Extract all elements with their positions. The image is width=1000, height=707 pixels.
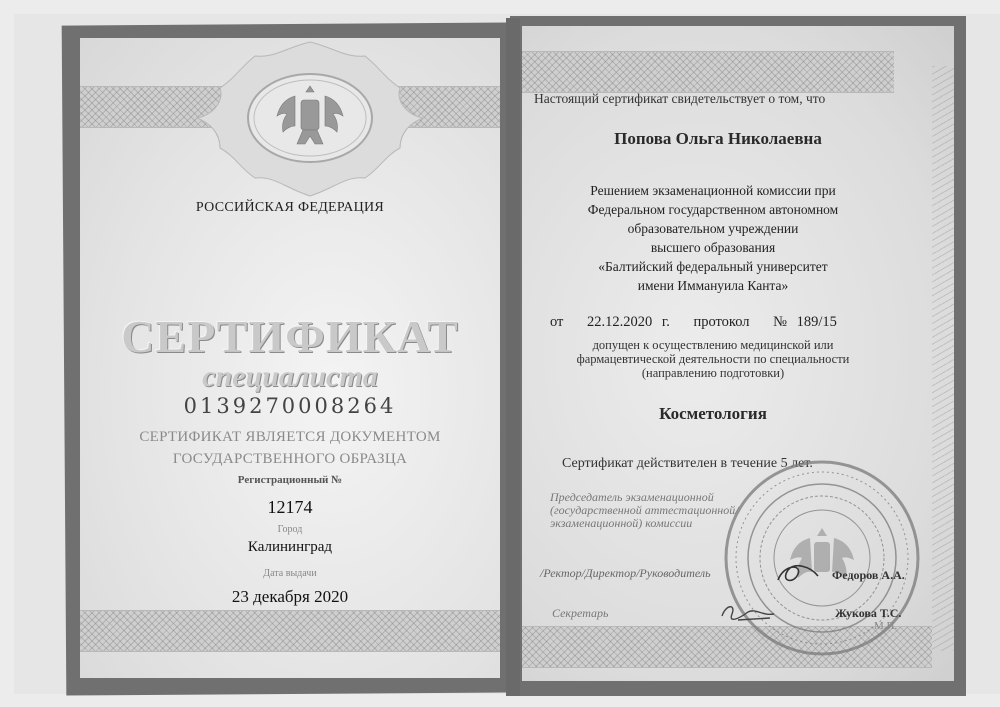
guilloche-band-bottom bbox=[80, 610, 500, 652]
decision-line: высшего образования bbox=[522, 238, 904, 257]
chair-line: экзаменационной) комиссии bbox=[550, 517, 739, 530]
double-headed-eagle-emblem-icon bbox=[195, 38, 425, 198]
protocol-from-label: от bbox=[550, 314, 563, 330]
certificate-title: СЕРТИФИКАТ bbox=[80, 310, 500, 363]
protocol-line: от 22.12.2020 г. протокол № 189/15 bbox=[550, 314, 851, 331]
rector-name: Федоров А.А. bbox=[832, 568, 905, 583]
certificate-right-page: Настоящий сертификат свидетельствует о т… bbox=[522, 26, 954, 681]
chairman-label: Председатель экзаменационной (государств… bbox=[550, 491, 739, 530]
registration-label: Регистрационный № bbox=[80, 474, 500, 486]
city-value: Калининград bbox=[80, 539, 500, 556]
admission-text: допущен к осуществлению медицинской или … bbox=[522, 338, 954, 380]
protocol-number: № 189/15 bbox=[773, 314, 837, 330]
decision-line: имени Иммануила Канта» bbox=[522, 276, 904, 295]
intro-text: Настоящий сертификат свидетельствует о т… bbox=[534, 91, 825, 107]
state-document-note: СЕРТИФИКАТ ЯВЛЯЕТСЯ ДОКУМЕНТОМ ГОСУДАРСТ… bbox=[80, 426, 500, 470]
city-label: Город bbox=[80, 524, 500, 535]
decision-line: «Балтийский федеральный университет bbox=[522, 257, 904, 276]
registration-number: 12174 bbox=[80, 497, 500, 518]
guilloche-band-top bbox=[522, 51, 894, 93]
secretary-signature-icon bbox=[718, 602, 778, 626]
protocol-date: 22.12.2020 г. bbox=[587, 314, 670, 330]
state-document-line-2: ГОСУДАРСТВЕННОГО ОБРАЗЦА bbox=[80, 448, 500, 470]
spine bbox=[506, 18, 520, 696]
issue-date-value: 23 декабря 2020 bbox=[80, 587, 500, 607]
country-name: РОССИЙСКАЯ ФЕДЕРАЦИЯ bbox=[80, 200, 500, 216]
specialty: Косметология bbox=[522, 404, 954, 424]
protocol-label: протокол bbox=[693, 314, 749, 330]
decision-line: образовательном учреждении bbox=[522, 219, 904, 238]
state-document-line-1: СЕРТИФИКАТ ЯВЛЯЕТСЯ ДОКУМЕНТОМ bbox=[80, 426, 500, 448]
seal-place-label: М.П. bbox=[874, 620, 897, 632]
decision-line: Федеральном государственном автономном bbox=[522, 200, 904, 219]
certificate-subtitle: специалиста bbox=[80, 360, 500, 394]
secretary-label: Секретарь bbox=[552, 606, 608, 621]
admission-line: допущен к осуществлению медицинской или bbox=[522, 338, 904, 352]
holder-name: Попова Ольга Николаевна bbox=[522, 129, 954, 149]
commission-decision: Решением экзаменационной комиссии при Фе… bbox=[522, 181, 954, 295]
issue-date-label: Дата выдачи bbox=[80, 568, 500, 579]
admission-line: (направлению подготовки) bbox=[522, 366, 904, 380]
rector-signature-icon bbox=[774, 562, 824, 586]
admission-line: фармацевтической деятельности по специал… bbox=[522, 352, 904, 366]
serial-number: 0139270008264 bbox=[80, 394, 500, 418]
decision-line: Решением экзаменационной комиссии при bbox=[522, 181, 904, 200]
certificate-left-page: РОССИЙСКАЯ ФЕДЕРАЦИЯ СЕРТИФИКАТ специали… bbox=[80, 38, 500, 678]
secretary-name: Жукова Т.С. bbox=[835, 606, 901, 621]
rector-label: /Ректор/Директор/Руководитель bbox=[540, 566, 711, 581]
